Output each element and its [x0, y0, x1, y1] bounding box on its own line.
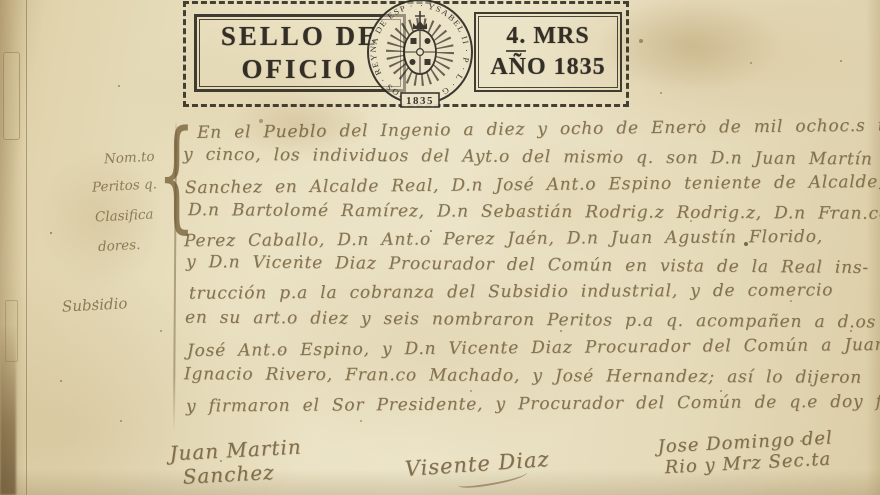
right-edge-shade — [866, 0, 880, 495]
manuscript-line: trucción p.a la cobranza del Subsidio in… — [189, 280, 833, 303]
manuscript-line: En el Pueblo del Ingenio a diez y ocho d… — [197, 115, 880, 143]
manuscript-body: En el Pueblo del Ingenio a diez y ocho d… — [183, 119, 880, 429]
seal-year-banner: 1835 — [401, 93, 439, 107]
stamp-office-line2: OFICIO — [241, 53, 358, 86]
manuscript-line: y firmaron el Sor Presidente, y Procurad… — [186, 391, 880, 416]
manuscript-line: y D.n Vicente Diaz Procurador del Común … — [186, 252, 869, 278]
manuscript-line: en su art.o diez y seis nombraron Perito… — [185, 308, 876, 333]
royal-seal-icon: · YSABEL II · P · L · G · DE DIOS · REYN… — [358, 0, 482, 115]
manuscript-document-page: SELLO DE OFICIO · YSABEL II · P · L · G … — [0, 0, 880, 495]
stamp-office-line1: SELLO DE — [221, 20, 379, 53]
stamp-value: 4. — [506, 23, 526, 52]
manuscript-line: Perez Caballo, D.n Ant.o Perez Jaén, D.n… — [184, 227, 823, 251]
seal-year: 1835 — [406, 95, 434, 107]
stamp-value-box: 4. MRS AÑO 1835 — [474, 12, 622, 92]
margin-note-line: dores. — [98, 237, 141, 255]
bottom-edge-shade — [0, 469, 880, 495]
stamp-value-line: 4. MRS — [506, 21, 589, 52]
manuscript-line: y cinco, los individuos del Ayt.o del mi… — [183, 145, 873, 170]
manuscript-line: Ignacio Rivero, Fran.co Machado, y José … — [184, 364, 862, 388]
manuscript-line: D.n Bartolomé Ramírez, D.n Sebastián Rod… — [188, 200, 880, 224]
margin-note-line: Peritos q. — [92, 176, 158, 195]
margin-note-line: Nom.to — [104, 149, 155, 168]
stamp-value-box-inner: 4. MRS AÑO 1835 — [478, 16, 618, 88]
manuscript-line: Sanchez en Alcalde Real, D.n José Ant.o … — [185, 172, 880, 198]
margin-note-line: Clasifica — [95, 206, 154, 225]
page-edge-impression — [3, 52, 20, 140]
margin-note-subsidio: Subsidio — [62, 294, 128, 315]
stamp-unit: MRS — [533, 23, 589, 49]
tax-stamp: SELLO DE OFICIO · YSABEL II · P · L · G … — [183, 1, 629, 107]
page-edge-impression — [5, 300, 18, 362]
stamp-year-line: AÑO 1835 — [490, 52, 605, 83]
manuscript-line: José Ant.o Espino, y D.n Vicente Diaz Pr… — [187, 335, 880, 361]
